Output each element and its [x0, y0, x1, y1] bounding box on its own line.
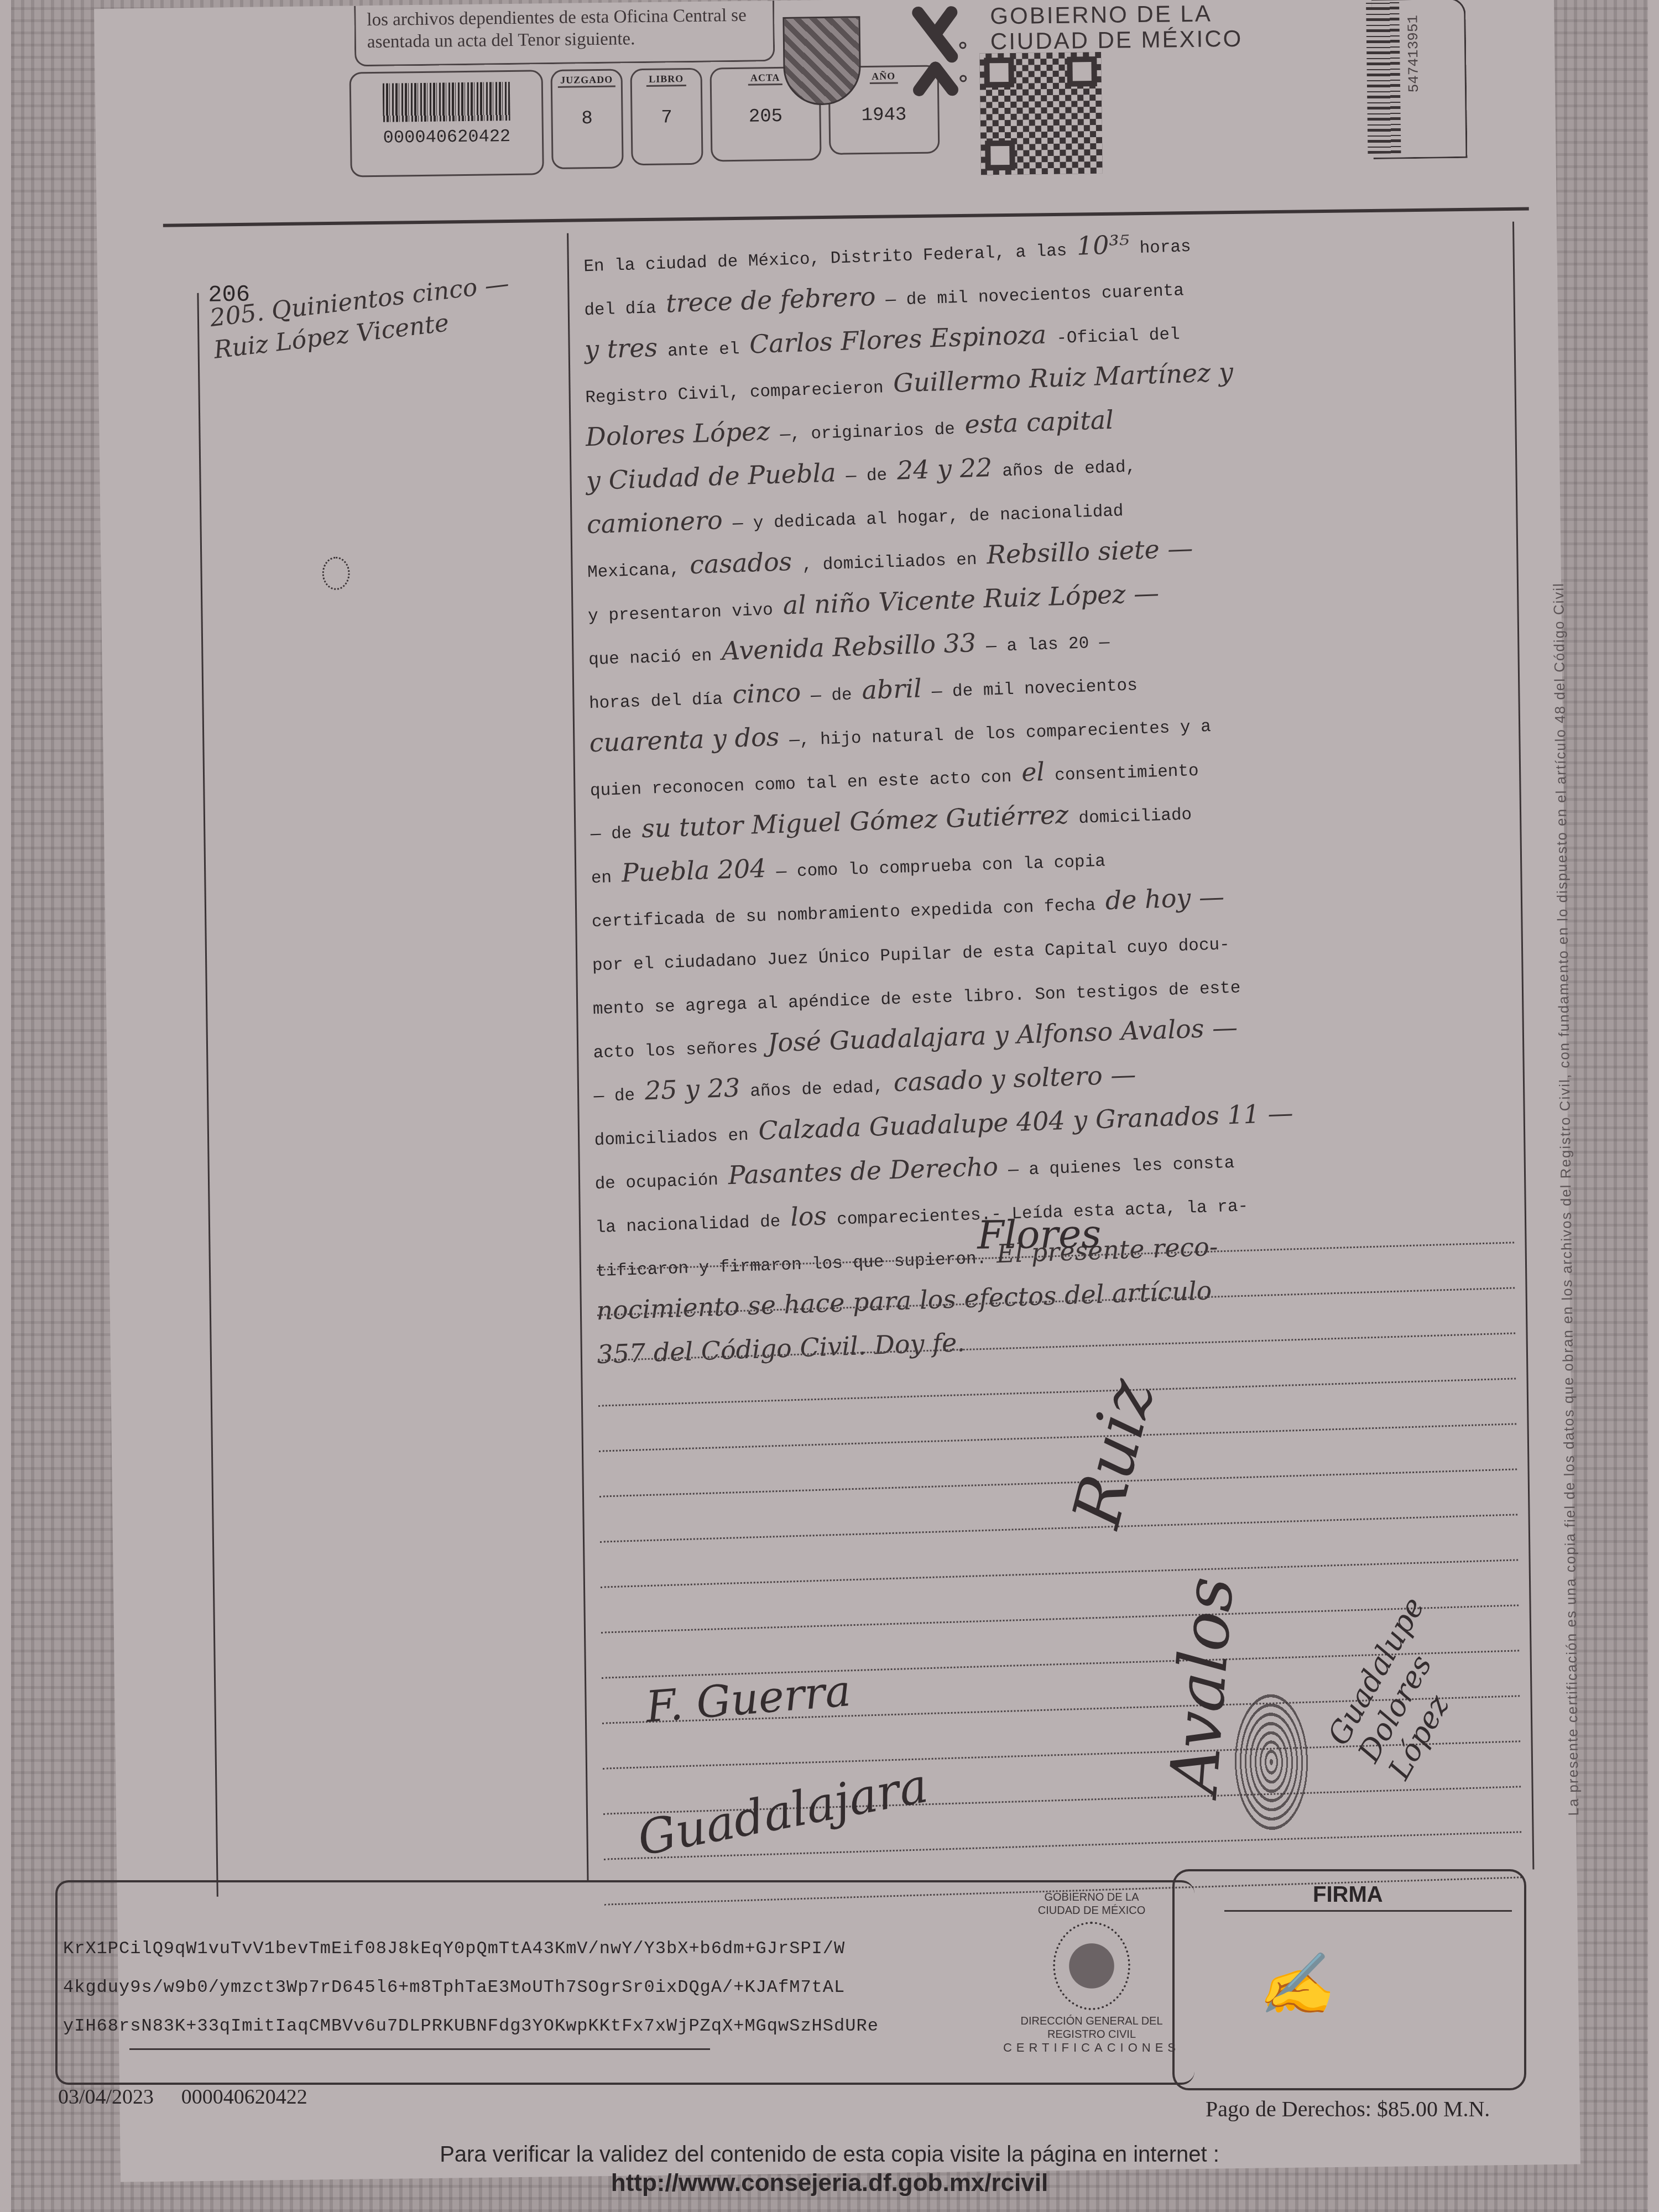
verification-link[interactable]: http://www.consejeria.df.gob.mx/rcivil — [0, 2169, 1659, 2198]
typed-text: del día — [584, 299, 656, 320]
cdmx-logo-icon — [901, 1, 969, 101]
handwritten-text: 10³⁵ — [1076, 230, 1130, 260]
hash-line: yIH68rsN83K+33qImitIaqCMBVv6u7DLPRKUBNFd… — [63, 2007, 879, 2046]
header-note: los archivos dependientes de esta Oficin… — [354, 1, 775, 66]
verification-notice: Para verificar la validez del contenido … — [0, 2140, 1659, 2198]
mexico-coat-of-arms-icon — [1053, 1922, 1130, 2010]
barcode-number: 000040620422 — [383, 126, 511, 148]
divider — [129, 2048, 710, 2050]
signature: Guadalupe Dolores López — [1321, 1560, 1509, 1785]
header-note-line-2: asentada un acta del Tenor siguiente. — [367, 26, 762, 53]
field-value: 1943 — [862, 105, 907, 126]
handwritten-text: 25 y 23 — [644, 1073, 740, 1105]
column-divider — [197, 293, 218, 1897]
mexico-city-shield-icon — [782, 16, 861, 106]
fingerprint-icon — [1232, 1690, 1311, 1835]
typed-text: ante el — [667, 340, 740, 361]
barcode-box: 000040620422 — [349, 70, 544, 177]
seal-text: GOBIERNO DE LA — [987, 1891, 1197, 1904]
typed-text: — de — [846, 466, 888, 486]
field-label: AÑO — [869, 70, 898, 84]
issue-date: 03/04/2023 — [58, 2085, 154, 2109]
hash-line: 4kgduy9s/w9b0/ymzct3Wp7rD645l6+m8TphTaE3… — [63, 1968, 879, 2007]
typed-text: — de — [593, 1086, 635, 1107]
signatures-area: Flores F. Guerra Guadalajara Ruiz Avalos… — [598, 1400, 1521, 1881]
fee-paid: Pago de Derechos: $85.00 M.N. — [1206, 2096, 1490, 2122]
handwritten-text: casados — [689, 547, 792, 579]
firma-label: FIRMA — [1313, 1882, 1383, 1907]
gov-title-line-1: GOBIERNO DE LA — [990, 1, 1243, 29]
seal-text: DIRECCIÓN GENERAL DEL — [987, 2015, 1197, 2028]
act-body: 206 205. Quinientos cinco — Ruiz López V… — [163, 207, 1549, 1877]
divider — [1224, 1910, 1512, 1912]
qr-code-icon — [979, 52, 1103, 175]
signature: Guadalajara — [633, 1758, 932, 1867]
seal-text: CERTIFICACIONES — [987, 2041, 1197, 2054]
field-libro: LIBRO 7 — [630, 68, 703, 166]
certificate-page: los archivos dependientes de esta Oficin… — [94, 0, 1580, 2182]
seal-text: REGISTRO CIVIL — [987, 2028, 1197, 2041]
handwritten-text: de hoy — — [1105, 882, 1225, 915]
hash-line: KrX1PCilQ9qW1vuTvV1bevTmEif08J8kEqY0pQmT… — [63, 1929, 879, 1968]
column-divider — [567, 233, 588, 1881]
handwritten-text: y tres — [584, 333, 658, 364]
typed-text: Mexicana, — [587, 560, 681, 583]
small-stamp-mark — [322, 557, 350, 591]
margin-handwritten-name: 205. Quinientos cinco — Ruiz López Vicen… — [208, 262, 567, 367]
seal-text: CIUDAD DE MÉXICO — [987, 1904, 1197, 1917]
handwritten-text: esta capital — [964, 405, 1114, 439]
issue-info: 03/04/2023 000040620422 — [58, 2085, 330, 2109]
typed-text: — de — [590, 824, 632, 844]
field-label: LIBRO — [646, 73, 686, 87]
handwritten-text: Puebla 204 — [621, 854, 766, 888]
handwritten-text: 24 y 22 — [896, 453, 993, 485]
field-label: JUZGADO — [558, 74, 615, 88]
field-label: ACTA — [748, 72, 782, 86]
field-juzgado: JUZGADO 8 — [551, 69, 624, 169]
signature: F. Guerra — [644, 1666, 852, 1733]
registry-seal: GOBIERNO DE LA CIUDAD DE MÉXICO DIRECCIÓ… — [987, 1891, 1197, 2054]
typed-text: en — [591, 868, 612, 888]
official-signature-icon: ✍ — [1258, 1949, 1333, 2020]
barcode-icon — [383, 82, 510, 122]
handwritten-text: cinco — [732, 678, 801, 709]
folio-number: 000040620422 — [181, 2085, 307, 2109]
typed-text: — de — [811, 686, 853, 706]
margin-annotation: 206 205. Quinientos cinco — Ruiz López V… — [208, 278, 563, 367]
act-text: En la ciudad de México, Distrito Federal… — [583, 222, 1515, 1369]
handwritten-text: camionero — [586, 505, 723, 539]
handwritten-text: abril — [862, 674, 922, 705]
digital-signature-hash: KrX1PCilQ9qW1vuTvV1bevTmEif08J8kEqY0pQmT… — [63, 1929, 879, 2046]
typed-text: horas — [1139, 237, 1191, 258]
handwritten-text: el — [1021, 757, 1045, 786]
field-value: 8 — [581, 108, 593, 129]
firma-box: FIRMA ✍ — [1172, 1869, 1526, 2090]
field-value: 205 — [749, 106, 783, 128]
gov-title: GOBIERNO DE LA CIUDAD DE MÉXICO — [990, 1, 1243, 55]
field-value: 7 — [661, 107, 672, 128]
gov-title-line-2: CIUDAD DE MÉXICO — [990, 26, 1243, 55]
verification-text: Para verificar la validez del contenido … — [0, 2140, 1659, 2169]
header-frame — [1371, 0, 1468, 159]
official-signature: Flores — [977, 1211, 1102, 1258]
digital-signature-box: KrX1PCilQ9qW1vuTvV1bevTmEif08J8kEqY0pQmT… — [55, 1880, 1194, 2085]
